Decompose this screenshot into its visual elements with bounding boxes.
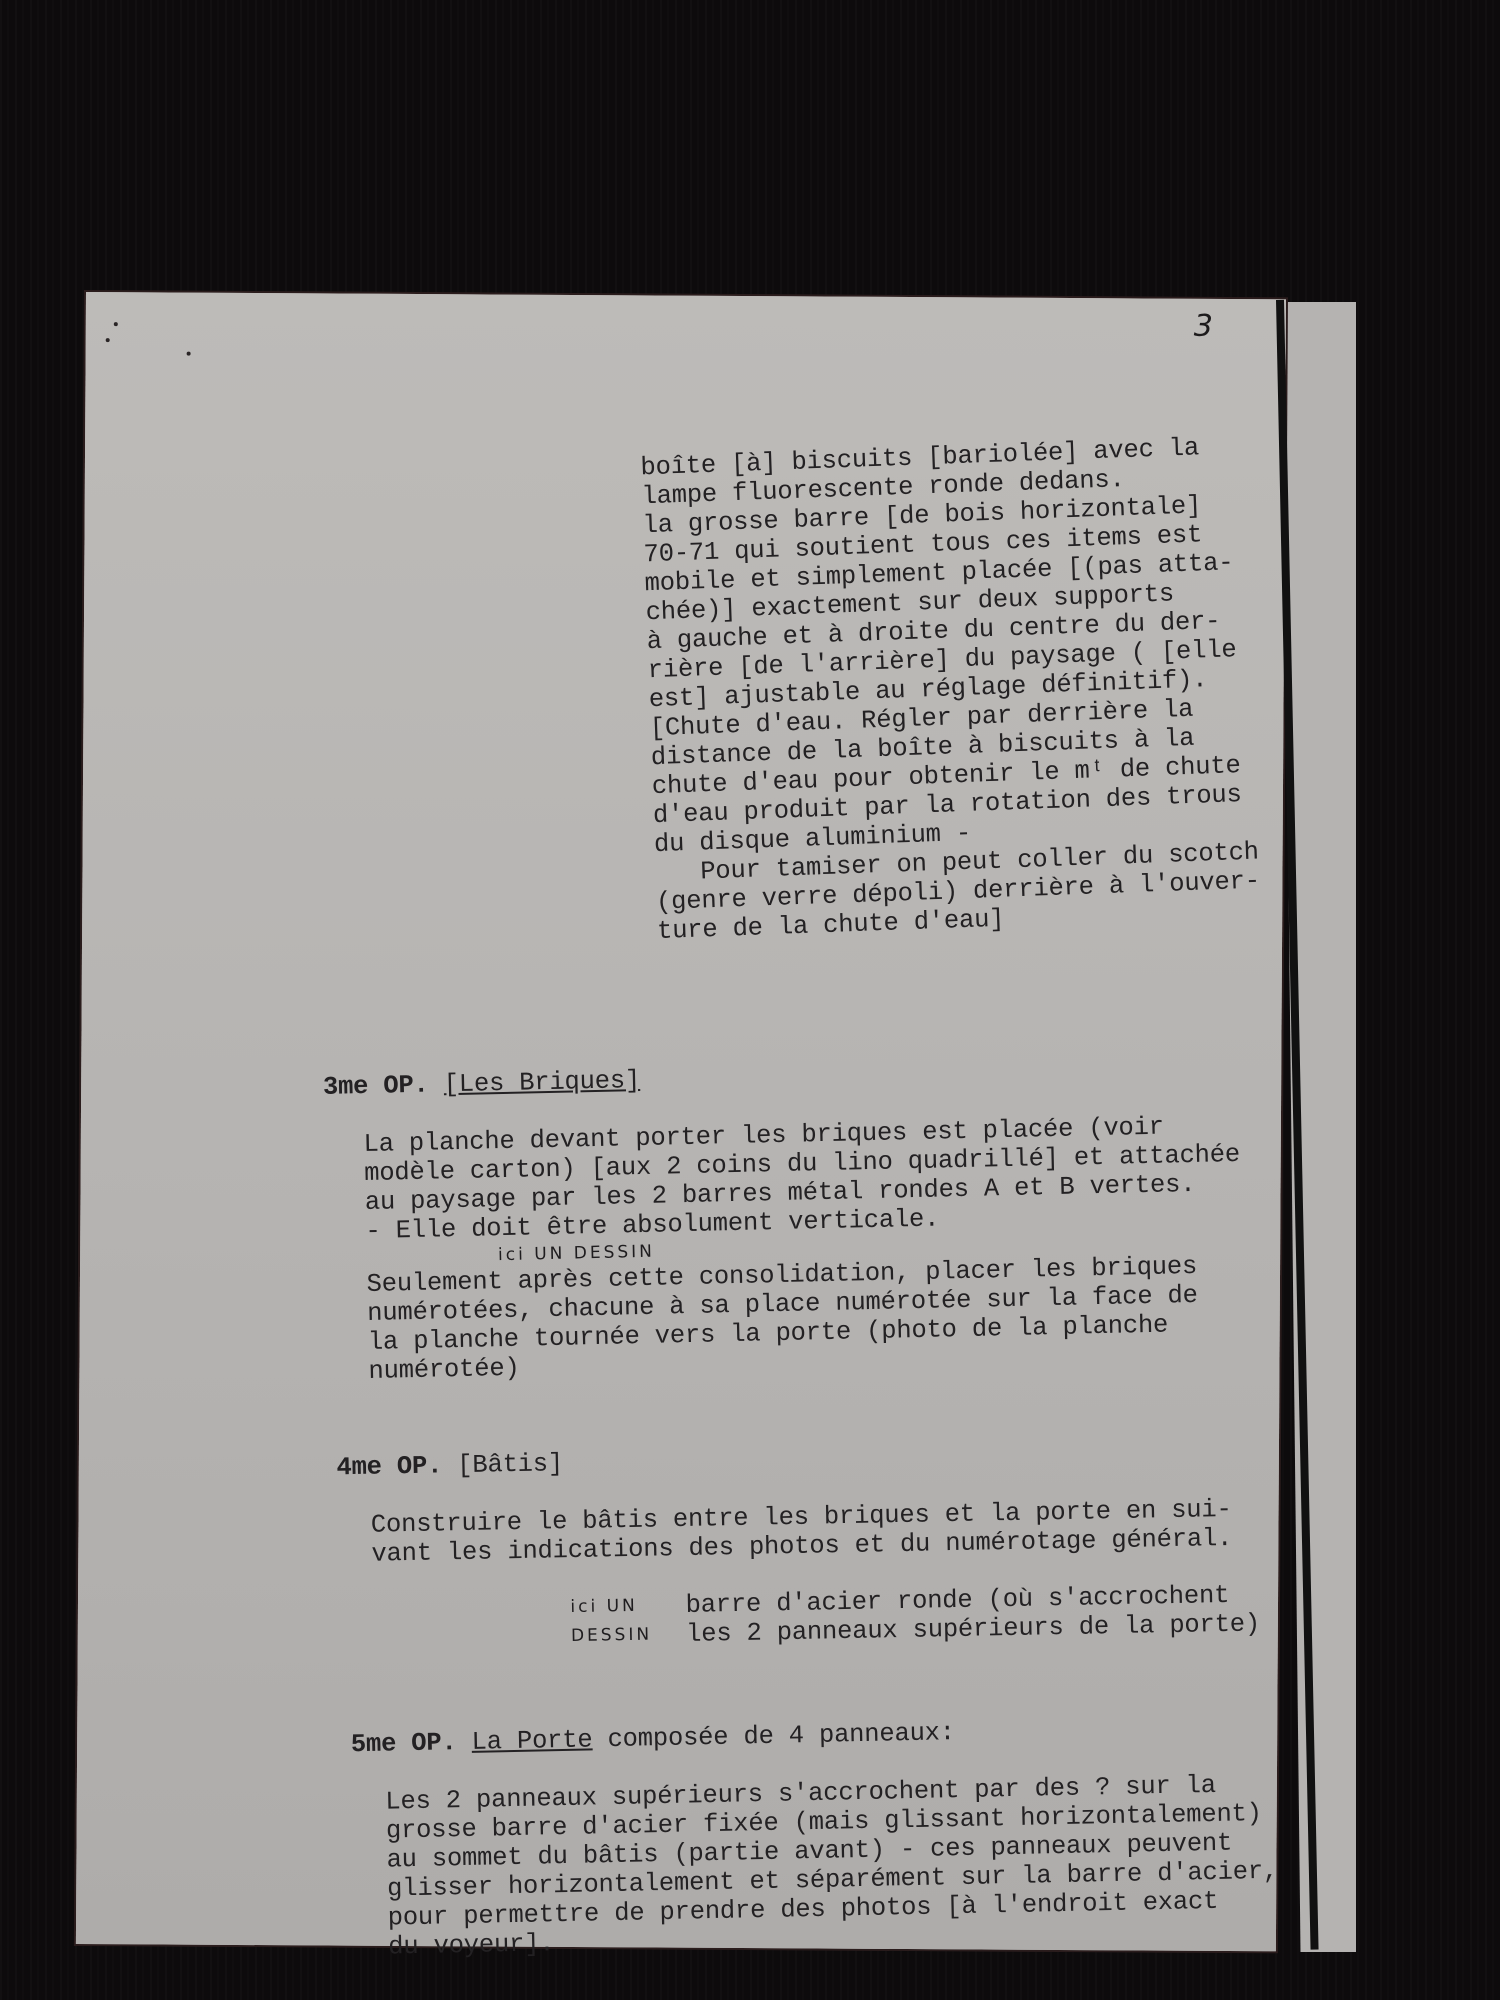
handwritten-note-line: DESSIN: [571, 1621, 653, 1651]
section-title: [Bâtis]: [457, 1449, 563, 1480]
handwritten-note-line: ici UN: [570, 1592, 652, 1622]
section-4me-op: 4me OP. [Bâtis] Construire le bâtis entr…: [245, 1407, 1260, 1656]
continuation-text: boîte [à] biscuits [bariolée] avec la la…: [640, 432, 1261, 946]
section-body-continued: Seulement après cette consolidation, pla…: [366, 1251, 1244, 1386]
continuation-block: boîte [à] biscuits [bariolée] avec la la…: [640, 432, 1261, 946]
document-page: 3 boîte [à] biscuits [bariolée] avec la …: [76, 292, 1286, 1951]
page-number: 3: [1194, 309, 1213, 344]
section-3me-op: 3me OP. [Les Briques] La planche devant …: [231, 1024, 1244, 1389]
paper-speck: [187, 352, 191, 356]
paper-speck: [106, 338, 110, 342]
section-label: 3me OP.: [323, 1071, 429, 1102]
section-title: [Les Briques]: [443, 1066, 640, 1099]
paper-speck: [114, 322, 118, 326]
section-body: Les 2 panneaux supérieurs s'accrochent p…: [385, 1770, 1279, 1962]
section-label: 5me OP.: [351, 1728, 457, 1759]
section-title-suffix: composée de 4 panneaux:: [592, 1718, 955, 1754]
section-5me-op: 5me OP. La Porte composée de 4 panneaux:…: [259, 1683, 1279, 1964]
section-body: La planche devant porter les briques est…: [363, 1111, 1241, 1246]
handwritten-note: ici UN DESSIN: [570, 1592, 652, 1651]
section-title: La Porte: [471, 1725, 592, 1756]
section-label: 4me OP.: [336, 1451, 442, 1482]
drawing-caption: barre d'acier ronde (où s'accrochent les…: [685, 1580, 1260, 1649]
